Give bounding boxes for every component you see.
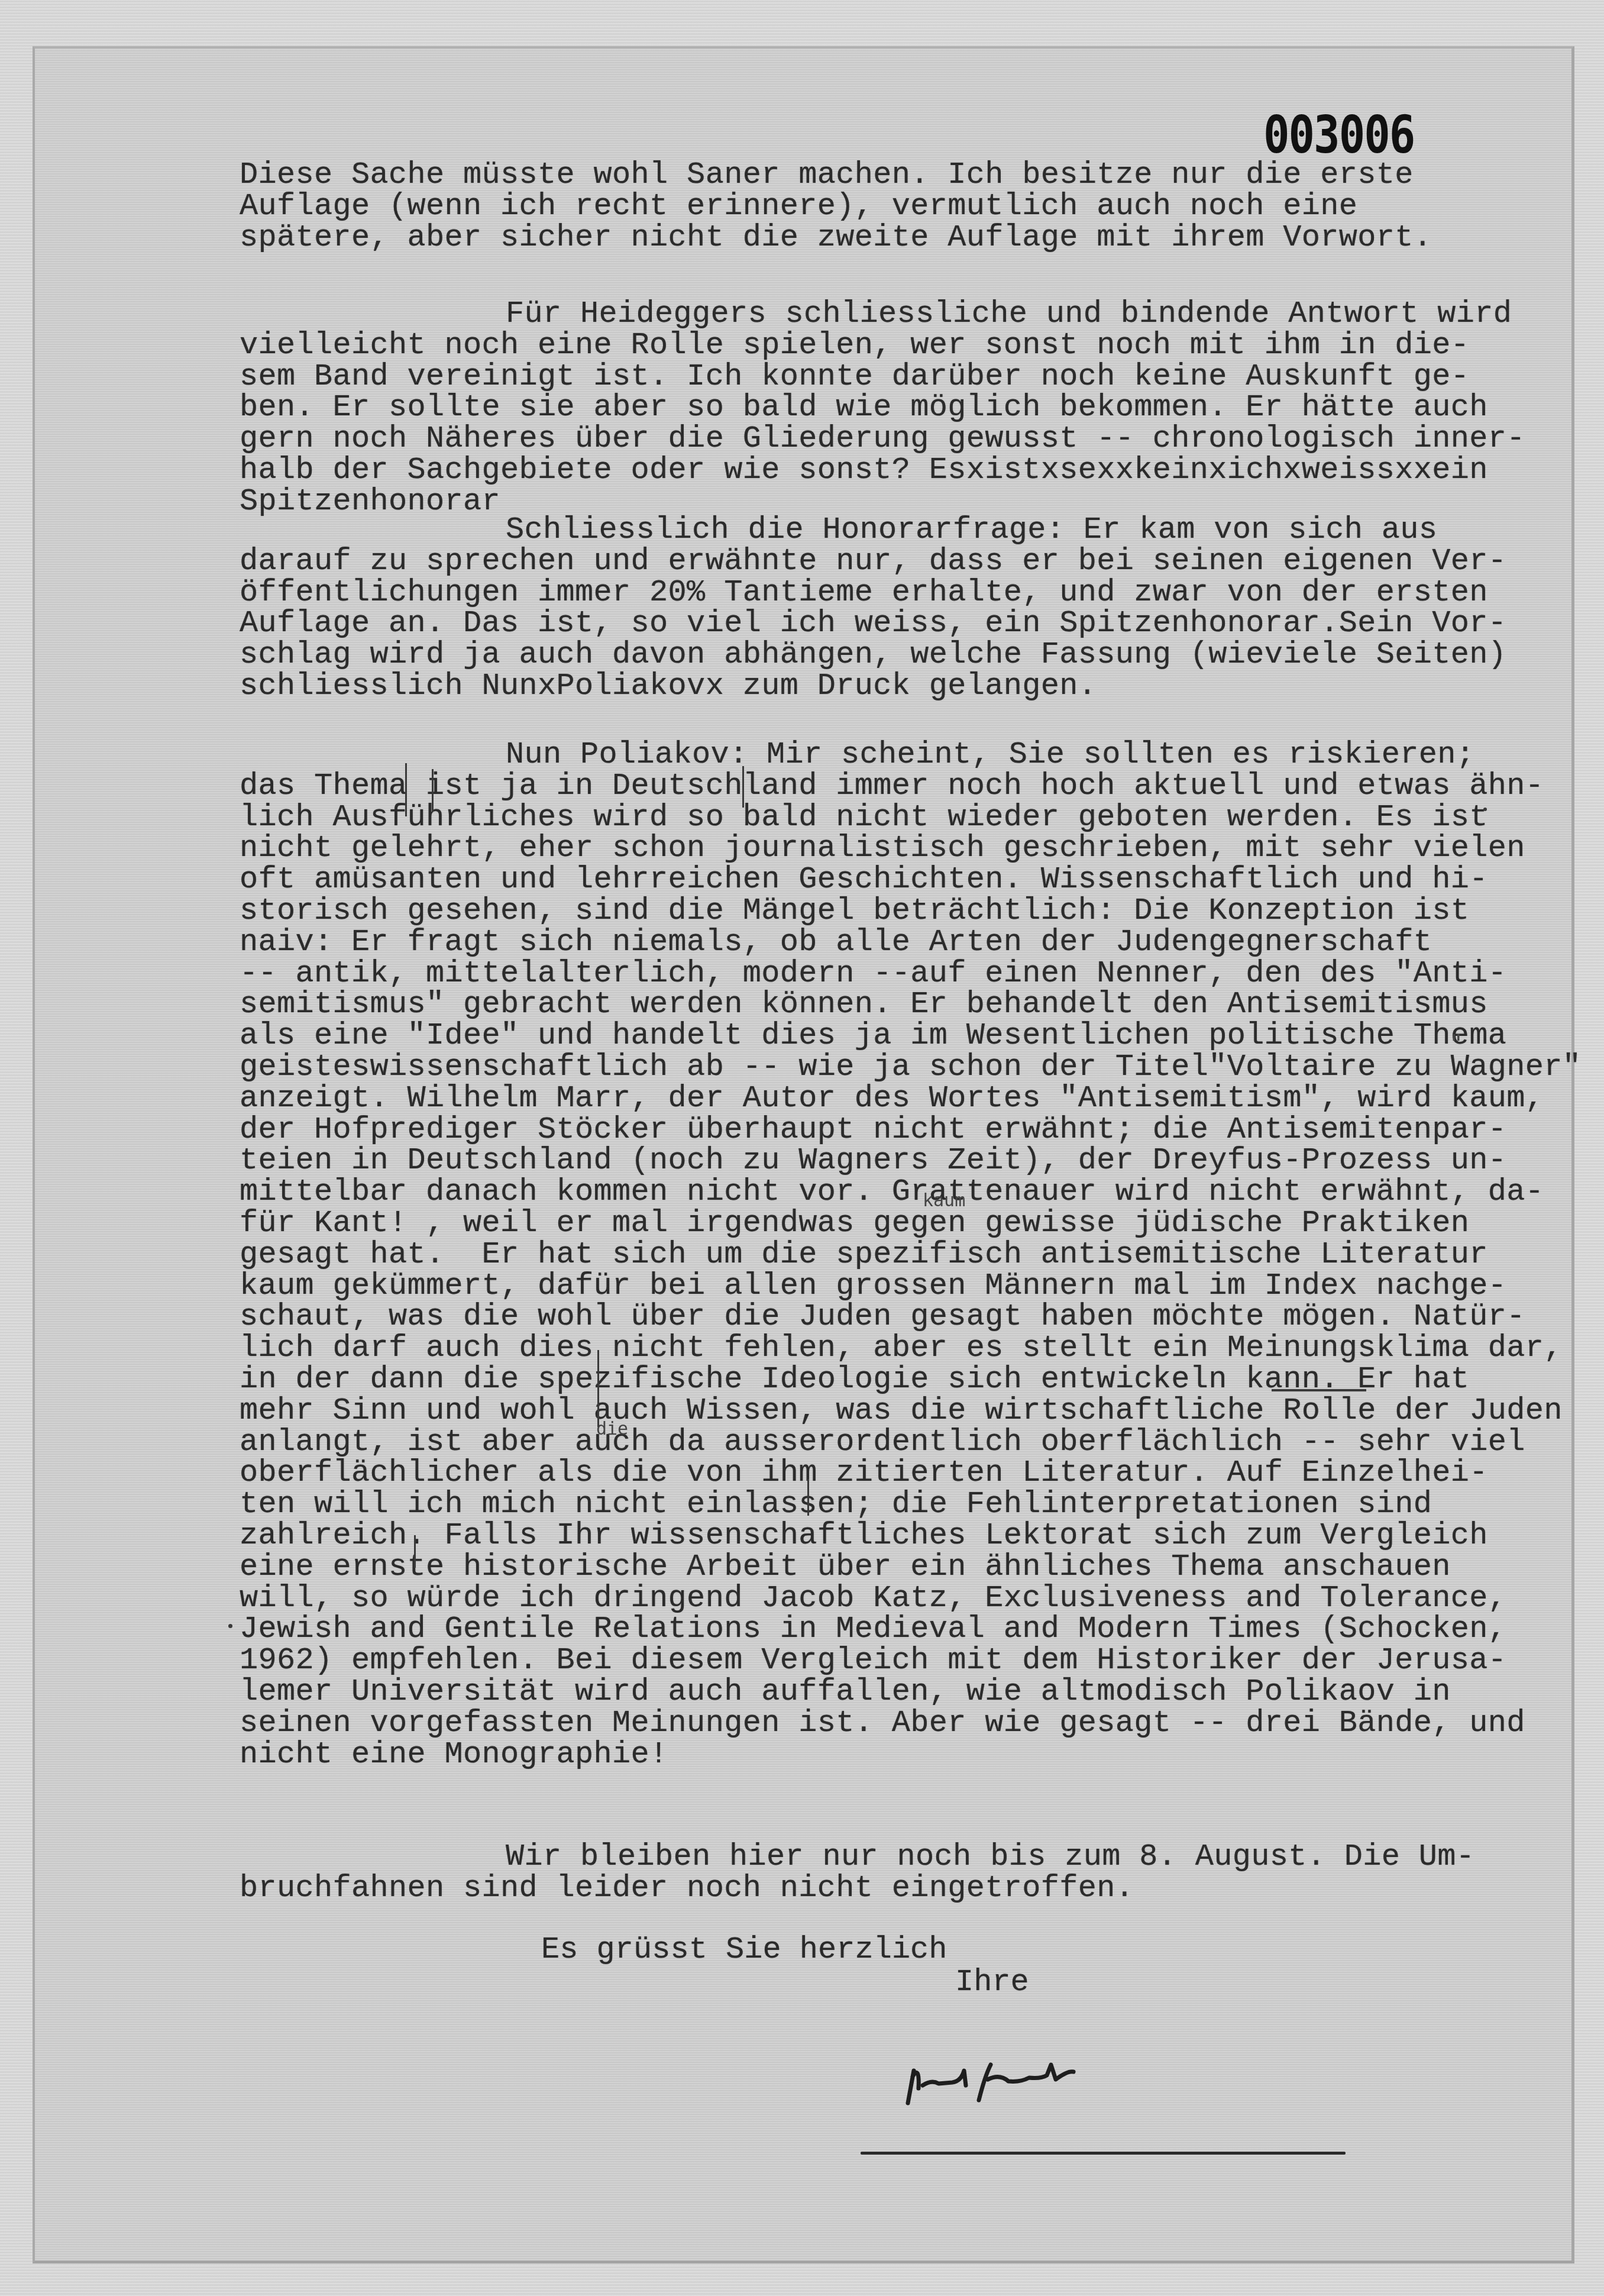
text-line: spätere, aber sicher nicht die zweite Au… [240, 222, 1432, 253]
text-line: vielleicht noch eine Rolle spielen, wer … [240, 330, 1469, 361]
text-line: lich darf auch dies nicht fehlen, aber e… [240, 1333, 1563, 1364]
text-line: Nun Poliakov: Mir scheint, Sie sollten e… [506, 740, 1474, 770]
text-line: semitismus" gebracht werden können. Er b… [240, 989, 1488, 1020]
text-line: geisteswissenschaftlich ab -- wie ja sch… [240, 1052, 1581, 1083]
signature-line [861, 2152, 1346, 2155]
text-line: Diese Sache müsste wohl Saner machen. Ic… [240, 160, 1414, 190]
text-line: oberflächlicher als die von ihm zitierte… [240, 1458, 1488, 1488]
text-line: eine ernste historische Arbeit über ein … [240, 1552, 1451, 1583]
correction-stroke [742, 766, 744, 808]
text-line: lemer Universität wird auch auffallen, w… [240, 1677, 1451, 1707]
handwritten-signature: Hannah Arendt [896, 2053, 1204, 2106]
correction-stroke [807, 1479, 809, 1516]
text-line: für Kant! , weil er mal irgendwas gegen … [240, 1208, 1469, 1239]
correction-stroke [597, 1350, 599, 1427]
text-line: kaum gekümmert, dafür bei allen grossen … [240, 1271, 1506, 1302]
text-line: gesagt hat. Er hat sich um die spezifisc… [240, 1239, 1488, 1270]
text-line: oft amüsanten und lehrreichen Geschichte… [240, 864, 1488, 895]
text-line: Auflage (wenn ich recht erinnere), vermu… [240, 191, 1357, 222]
text-line: anzeigt. Wilhelm Marr, der Autor des Wor… [240, 1083, 1544, 1114]
text-line: nicht eine Monographie! [240, 1739, 668, 1770]
text-line: der Hofprediger Stöcker überhaupt nicht … [240, 1115, 1506, 1145]
text-line: nicht gelehrt, eher schon journalistisch… [240, 833, 1525, 864]
text-line: ten will ich mich nicht einlassen; die F… [240, 1489, 1432, 1520]
margin-dot [1483, 808, 1487, 811]
text-line: gern noch Näheres über die Gliederung ge… [240, 424, 1525, 454]
handwritten-annotation-die: die [596, 1419, 628, 1439]
text-line: zahlreich. Falls Ihr wissenschaftliches … [240, 1520, 1488, 1551]
text-line: das Thema ist ja in Deutschland immer no… [240, 771, 1544, 802]
underline-meinungsklima [1272, 1389, 1366, 1391]
text-line: Wir bleiben hier nur noch bis zum 8. Aug… [506, 1842, 1474, 1872]
handwritten-annotation-kaum: kaum [923, 1190, 965, 1211]
correction-stroke [432, 769, 434, 812]
text-line: mehr Sinn und wohl auch Wissen, was die … [240, 1396, 1563, 1426]
closing-greeting: Es grüsst Sie herzlich [541, 1935, 947, 1965]
text-line: schliesslich NunxPoliakovx zum Druck gel… [240, 671, 1097, 702]
text-line: öffentlichungen immer 20% Tantieme erhal… [240, 577, 1488, 608]
text-line: halb der Sachgebiete oder wie sonst? Esx… [240, 455, 1488, 486]
text-line: schaut, was die wohl über die Juden gesa… [240, 1302, 1525, 1332]
text-line: teien in Deutschland (noch zu Wagners Ze… [240, 1145, 1506, 1176]
handwritten-annotation-quote: " [1449, 1031, 1463, 1058]
margin-dot [228, 1624, 232, 1628]
text-line: Spitzenhonorar [240, 486, 500, 517]
text-line: sem Band vereinigt ist. Ich konnte darüb… [240, 361, 1469, 392]
text-line: Für Heideggers schliessliche und bindend… [506, 299, 1512, 330]
text-line: darauf zu sprechen und erwähnte nur, das… [240, 546, 1506, 577]
text-line: seinen vorgefassten Meinungen ist. Aber … [240, 1708, 1525, 1739]
text-line: Schliesslich die Honorarfrage: Er kam vo… [506, 515, 1437, 545]
text-line: 1962) empfehlen. Bei diesem Vergleich mi… [240, 1645, 1506, 1676]
text-line: Auflage an. Das ist, so viel ich weiss, … [240, 608, 1506, 639]
text-line: storisch gesehen, sind die Mängel beträc… [240, 896, 1469, 926]
text-line: Jewish and Gentile Relations in Medieval… [240, 1614, 1506, 1645]
text-line: anlangt, ist aber auch da ausserordentli… [240, 1427, 1525, 1458]
text-line: will, so würde ich dringend Jacob Katz, … [240, 1583, 1506, 1614]
text-line: bruchfahnen sind leider noch nicht einge… [240, 1873, 1134, 1904]
text-line: schlag wird ja auch davon abhängen, welc… [240, 640, 1506, 670]
closing-valediction: Ihre [955, 1967, 1029, 1998]
text-line: naiv: Er fragt sich niemals, ob alle Art… [240, 927, 1432, 958]
correction-stroke [414, 1535, 416, 1568]
text-line: ben. Er sollte sie aber so bald wie mögl… [240, 392, 1488, 423]
correction-stroke [405, 763, 407, 816]
text-line: als eine "Idee" und handelt dies ja im W… [240, 1021, 1506, 1051]
text-line: lich Ausführliches wird so bald nicht wi… [240, 802, 1488, 833]
document-number: 003006 [1263, 105, 1414, 165]
text-line: mittelbar danach kommen nicht vor. Gratt… [240, 1177, 1544, 1207]
text-line: -- antik, mittelalterlich, modern --auf … [240, 958, 1506, 989]
